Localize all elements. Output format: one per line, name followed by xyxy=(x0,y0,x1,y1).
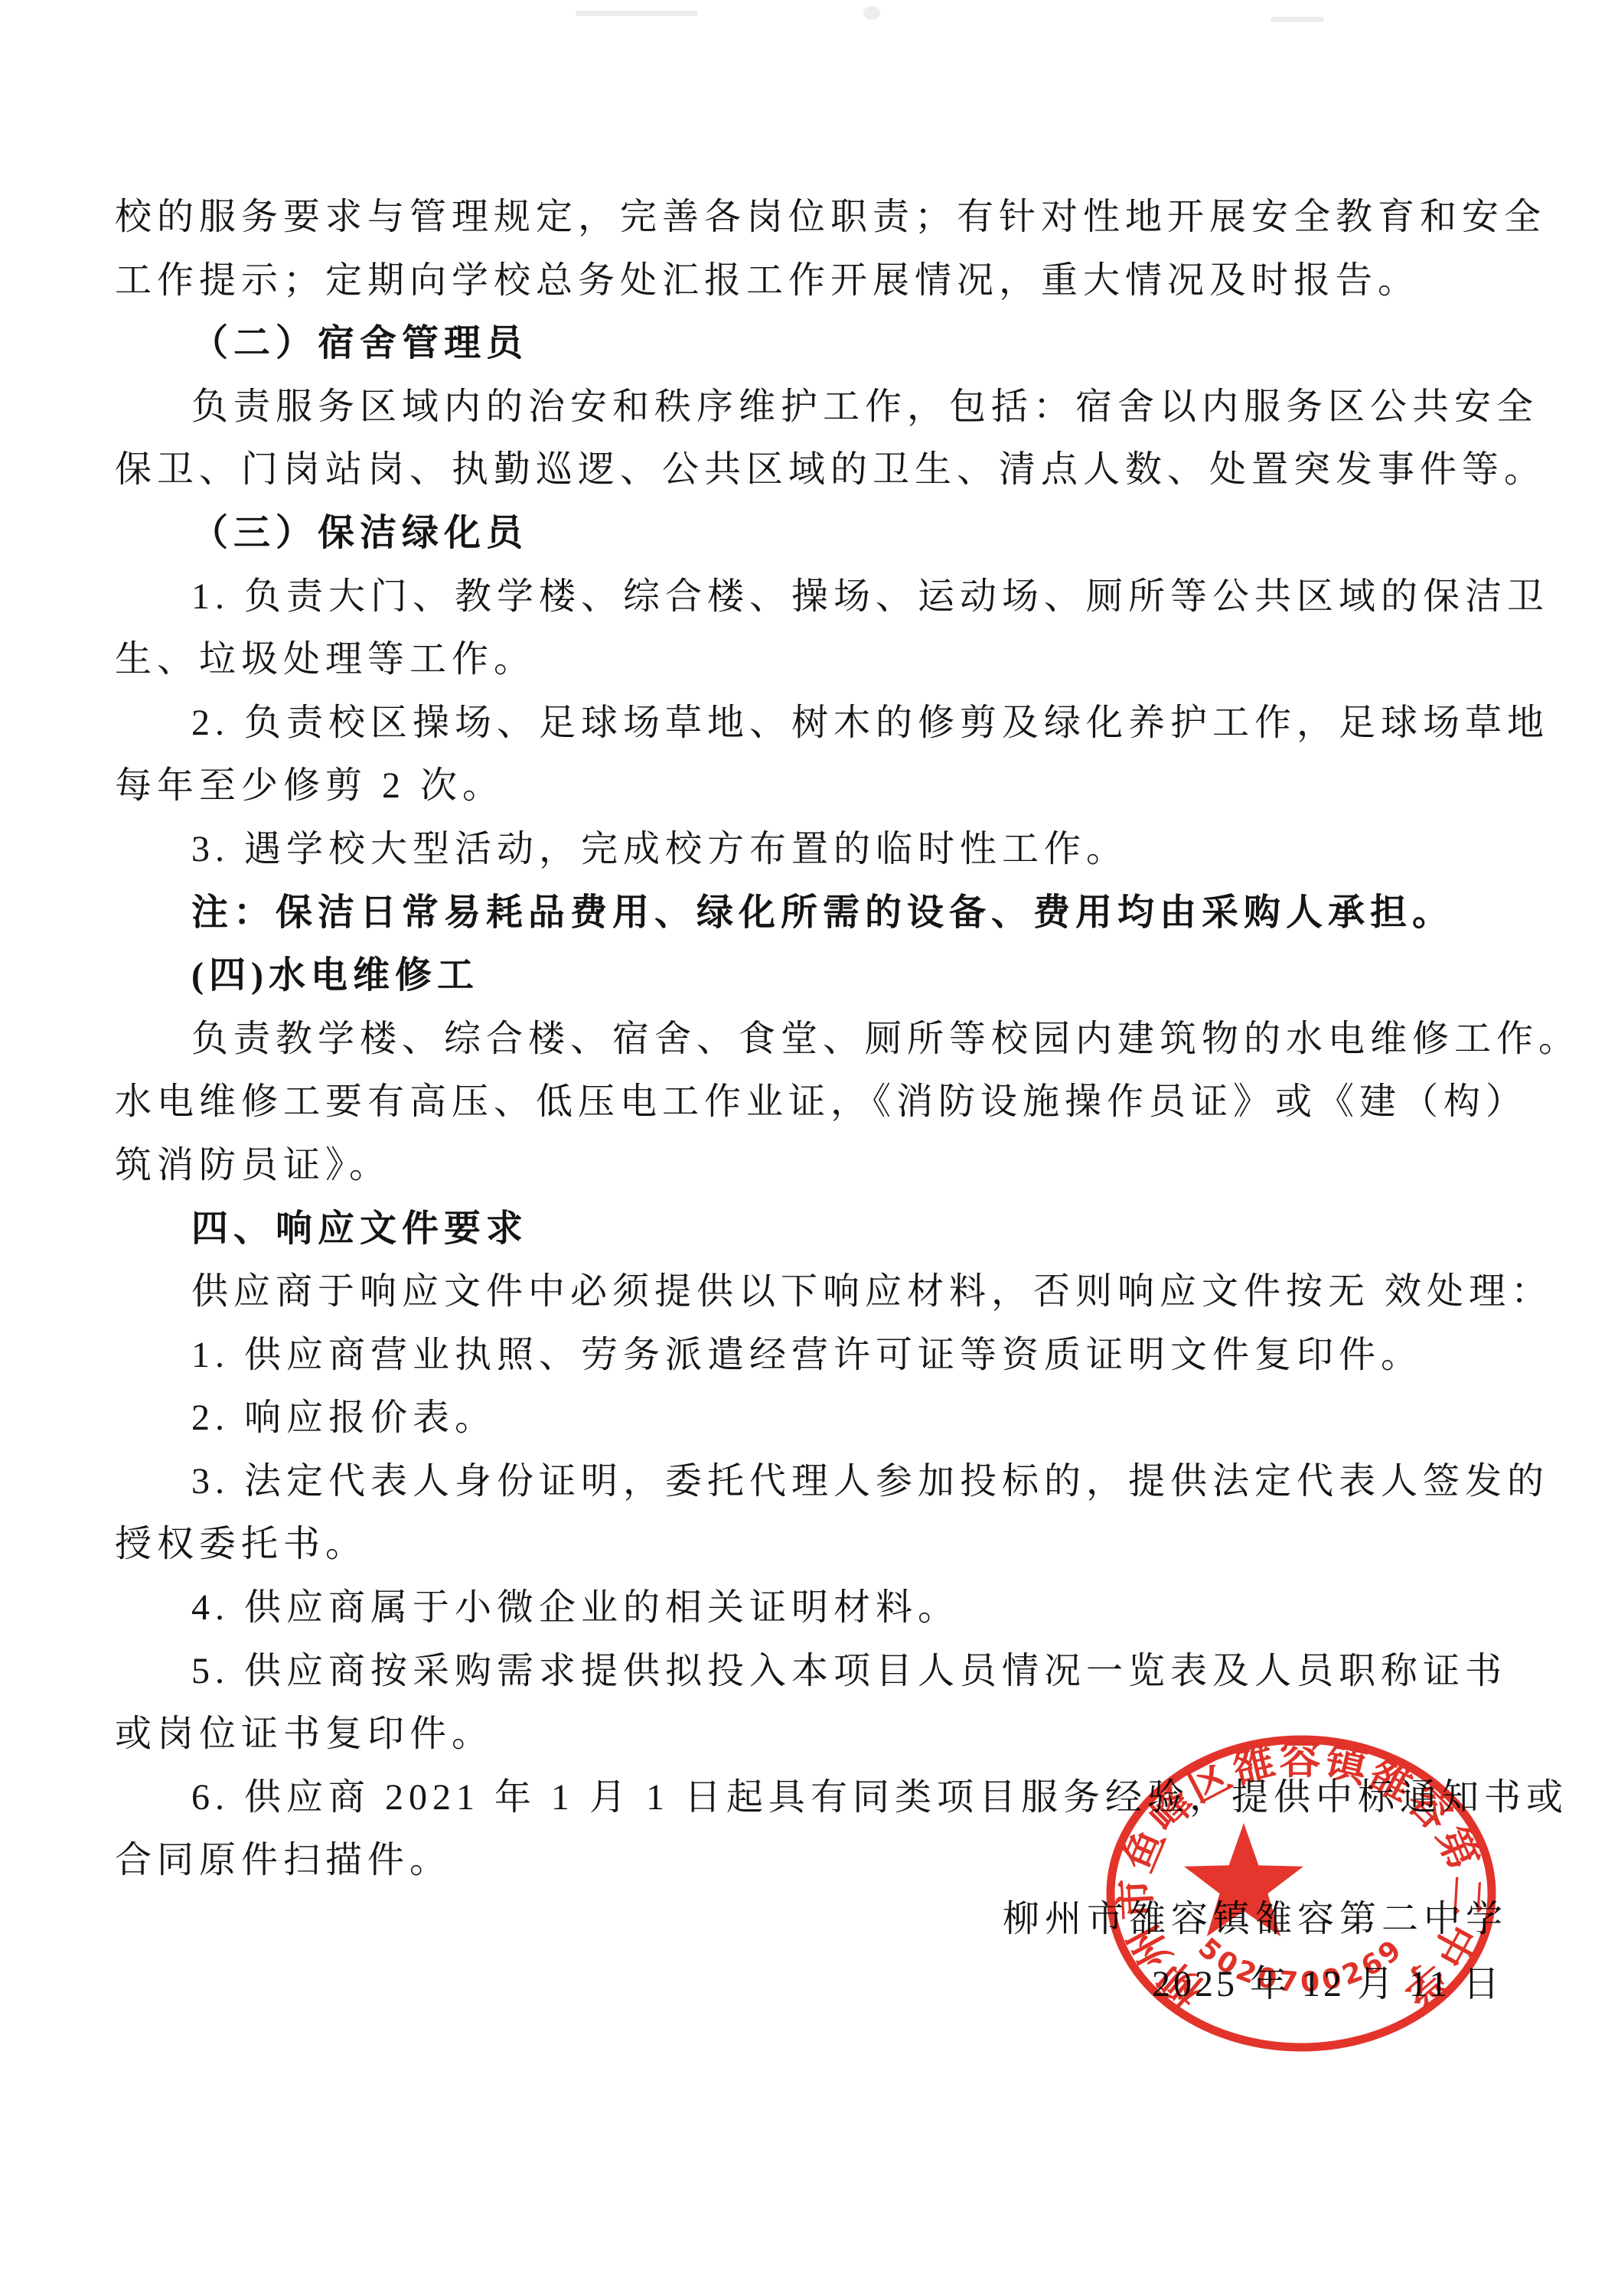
doc-line: 负责服务区域内的治安和秩序维护工作，包括：宿舍以内服务区公共安全 xyxy=(115,376,1569,439)
doc-line: 5. 供应商按采购需求提供拟投入本项目人员情况一览表及人员职称证书 xyxy=(115,1640,1569,1704)
doc-line: 3. 法定代表人身份证明，委托代理人参加投标的，提供法定代表人签发的 xyxy=(115,1450,1569,1514)
doc-line: 筑消防员证》。 xyxy=(115,1134,1569,1198)
doc-line: (四)水电维修工 xyxy=(115,944,1569,1008)
doc-line: 供应商于响应文件中必须提供以下响应材料，否则响应文件按无 效处理： xyxy=(115,1261,1569,1324)
doc-line: 注：保洁日常易耗品费用、绿化所需的设备、费用均由采购人承担。 xyxy=(115,882,1569,945)
doc-line: 水电维修工要有高压、低压电工作业证，《消防设施操作员证》或《建（构） xyxy=(115,1071,1569,1134)
doc-line: 工作提示；定期向学校总务处汇报工作开展情况，重大情况及时报告。 xyxy=(115,249,1569,313)
doc-line: 负责教学楼、综合楼、宿舍、食堂、厕所等校园内建筑物的水电维修工作。 xyxy=(115,1008,1569,1071)
doc-line: 4. 供应商属于小微企业的相关证明材料。 xyxy=(115,1577,1569,1640)
star-icon xyxy=(1184,1823,1303,1936)
doc-line: （二）宿舍管理员 xyxy=(115,312,1569,376)
document-page: 校的服务要求与管理规定，完善各岗位职责；有针对性地开展安全教育和安全工作提示；定… xyxy=(0,0,1618,2296)
doc-line: 每年至少修剪 2 次。 xyxy=(115,755,1569,818)
scan-noise xyxy=(1271,17,1324,22)
doc-line: （三）保洁绿化员 xyxy=(115,502,1569,566)
doc-line: 生、垃圾处理等工作。 xyxy=(115,628,1569,692)
doc-line: 保卫、门岗站岗、执勤巡逻、公共区域的卫生、清点人数、处置突发事件等。 xyxy=(115,439,1569,502)
doc-line: 2. 负责校区操场、足球场草地、树木的修剪及绿化养护工作，足球场草地 xyxy=(115,692,1569,755)
doc-line: 1. 负责大门、教学楼、综合楼、操场、运动场、厕所等公共区域的保洁卫 xyxy=(115,566,1569,629)
doc-line: 授权委托书。 xyxy=(115,1513,1569,1577)
doc-line: 四、响应文件要求 xyxy=(115,1198,1569,1261)
document-body: 校的服务要求与管理规定，完善各岗位职责；有针对性地开展安全教育和安全工作提示；定… xyxy=(115,186,1569,1893)
doc-line: 2. 响应报价表。 xyxy=(115,1387,1569,1450)
doc-line: 校的服务要求与管理规定，完善各岗位职责；有针对性地开展安全教育和安全 xyxy=(115,186,1569,249)
doc-line: 3. 遇学校大型活动，完成校方布置的临时性工作。 xyxy=(115,818,1569,882)
doc-line: 1. 供应商营业执照、劳务派遣经营许可证等资质证明文件复印件。 xyxy=(115,1324,1569,1388)
scan-noise xyxy=(863,6,880,20)
official-seal: 柳州市鱼峰区雒容镇雒容第二中学 450207002696 xyxy=(1072,1712,1531,2072)
scan-noise xyxy=(576,11,698,16)
